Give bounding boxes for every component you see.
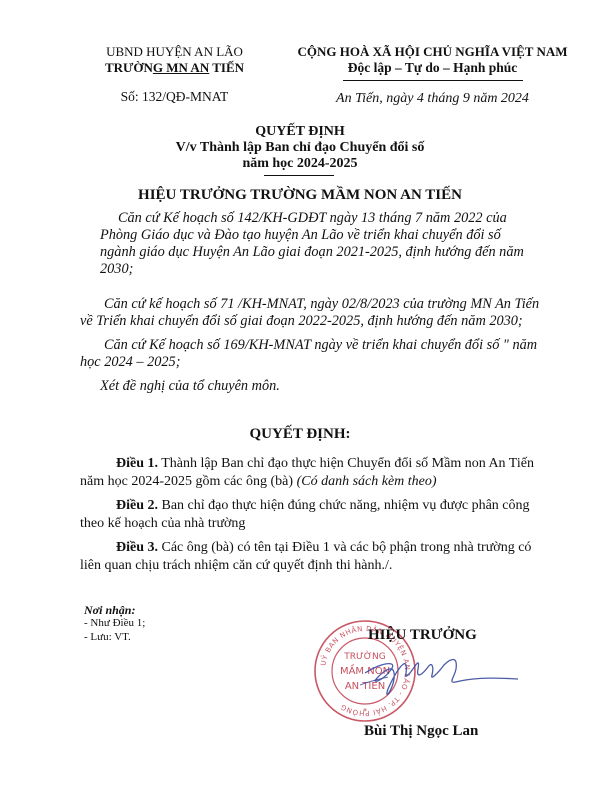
- article-label: Điều 1.: [116, 456, 158, 471]
- organization-name: TRƯỜNG MN AN TIẾN: [92, 60, 257, 76]
- basis-line: Phòng Giáo dục và Đào tạo huyện An Lão v…: [82, 227, 530, 244]
- issuing-authority: HIỆU TRƯỞNG TRƯỜNG MẦM NON AN TIẾN: [80, 187, 520, 204]
- document-number: Số: 132/QĐ-MNAT: [92, 89, 257, 105]
- basis-paragraph: Căn cứ kế hoạch số 71 /KH-MNAT, ngày 02/…: [80, 296, 540, 330]
- motto-underline: [343, 80, 523, 81]
- document-subject: V/v Thành lập Ban chỉ đạo Chuyển đổi số: [150, 140, 450, 156]
- national-title: CỘNG HOÀ XÃ HỘI CHỦ NGHĨA VIỆT NAM: [285, 44, 580, 60]
- recipient-item: - Lưu: VT.: [84, 631, 131, 643]
- document-school-year: năm học 2024-2025: [150, 156, 450, 172]
- org-name-prefix: TRƯỜN: [105, 60, 153, 75]
- national-motto: Độc lập – Tự do – Hạnh phúc: [285, 60, 580, 76]
- org-name-underlined: G MN AN: [153, 60, 209, 75]
- article-label: Điều 3.: [116, 540, 158, 555]
- signer-name: Bùi Thị Ngọc Lan: [364, 723, 478, 740]
- place-date: An Tiến, ngày 4 tháng 9 năm 2024: [285, 91, 580, 107]
- document-type: QUYẾT ĐỊNH: [150, 124, 450, 140]
- article: Điều 2. Ban chỉ đạo thực hiện đúng chức …: [80, 497, 550, 533]
- article-label: Điều 2.: [116, 498, 158, 513]
- signer-title: HIỆU TRƯỞNG: [368, 627, 477, 644]
- basis-line: Căn cứ Kế hoạch số 142/KH-GDĐT ngày 13 t…: [100, 210, 530, 227]
- parent-organization: UBND HUYỆN AN LÃO: [92, 44, 257, 60]
- article-note: (Có danh sách kèm theo): [297, 474, 437, 489]
- article: Điều 3. Các ông (bà) có tên tại Điều 1 v…: [80, 539, 550, 575]
- svg-text:*: *: [363, 707, 367, 716]
- article: Điều 1. Thành lập Ban chỉ đạo thực hiện …: [80, 455, 550, 491]
- basis-paragraph: Căn cứ Kế hoạch số 169/KH-MNAT ngày về t…: [80, 337, 540, 371]
- basis-paragraph: Xét đề nghị của tổ chuyên môn.: [100, 378, 530, 395]
- recipients-label: Nơi nhận:: [84, 603, 135, 618]
- basis-line: ngành giáo dục Huyện An Lão giai đoạn 20…: [82, 244, 530, 261]
- recipient-item: - Như Điều 1;: [84, 617, 145, 629]
- basis-line: 2030;: [82, 261, 530, 278]
- handwritten-signature-icon: [360, 645, 520, 705]
- title-underline: [264, 175, 334, 176]
- org-name-suffix: TIẾN: [209, 60, 244, 75]
- decision-heading: QUYẾT ĐỊNH:: [200, 426, 400, 443]
- basis-paragraph: Căn cứ Kế hoạch số 142/KH-GDĐT ngày 13 t…: [100, 210, 530, 278]
